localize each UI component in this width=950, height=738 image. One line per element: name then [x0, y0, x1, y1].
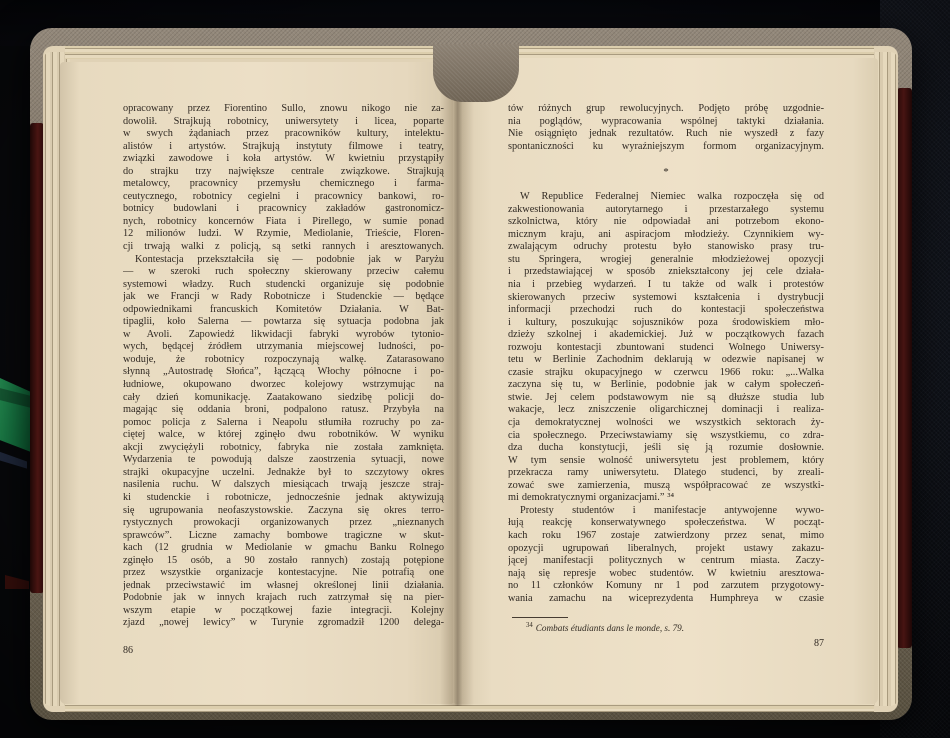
- text-line: botnicy budowlani i pracownicy zakładów …: [123, 203, 444, 216]
- text-line: cia społecznego. Przeciwstawiamy się wsz…: [508, 430, 824, 443]
- text-line: wszym etapie w początkowej fazie integra…: [123, 605, 444, 618]
- text-line: zginęło 15 osób, a 90 zostało rannych) z…: [123, 555, 444, 568]
- text-line: informacji przechodzi ruch do kontestacj…: [508, 304, 824, 317]
- text-line: do strajku trzy największe centrale zwią…: [123, 166, 444, 179]
- text-line: Kontestacja przekształciła się — podobni…: [123, 254, 444, 267]
- text-line: kach roku 1967 zostaje zatwierdzony prze…: [508, 530, 824, 543]
- text-line: dowolił. Strajkują robotnicy, uniwersyte…: [123, 116, 444, 129]
- text-line: micznym kraju, ani aspiracjom młodzieży.…: [508, 229, 824, 242]
- text-line: akcji zwyciężyli robotnicy, fabryka nie …: [123, 442, 444, 455]
- text-line: tów różnych grup rewolucyjnych. Podjęto …: [508, 103, 824, 116]
- text-line: łudniowe, okupowano dworzec kolejowy wst…: [123, 379, 444, 392]
- text-line: cji trwają walki z policją, są setki ran…: [123, 241, 444, 254]
- text-line: alistów i artystów. Strajkują instytuty …: [123, 141, 444, 154]
- text-line: ceutycznego, robotnicy cegielni i pracow…: [123, 191, 444, 204]
- text-line: się ugrupowania neofaszystowskie. Zaczyn…: [123, 505, 444, 518]
- text-line: słynną „Autostradę Słońca”, łączącą Włoc…: [123, 366, 444, 379]
- text-line: dza ducha konstytucji, jeśli się ją rozu…: [508, 442, 824, 455]
- text-line: związki zawodowe i koła artystów. W kwie…: [123, 153, 444, 166]
- text-line: dzieży szkolnej i akademickiej. Już w po…: [508, 329, 824, 342]
- text-line: Wydarzenia te powodują dalsze zaostrzeni…: [123, 454, 444, 467]
- text-line: cja demokratycznej wolności we wszystkic…: [508, 417, 824, 430]
- left-page-text: opracowany przez Fiorentino Sullo, znowu…: [123, 103, 444, 630]
- text-line: Nie osiągnięto jednak rezultatów. Ruch n…: [508, 128, 824, 141]
- cover-maroon-left-edge: [30, 123, 44, 593]
- text-line: sprawców”. Liczne zamachy bombowe tragic…: [123, 530, 444, 543]
- text-line: rystycznych prowokacji organizowanych pr…: [123, 517, 444, 530]
- text-line: zaczyna się tu, w Berlinie, podobnie jak…: [508, 379, 824, 392]
- text-line: przekracza ramy uniwersytetu. Dlatego st…: [508, 467, 824, 480]
- text-line: Protesty studentów i manifestacje antywo…: [508, 505, 824, 518]
- text-line: wakacje, lecz zniszczenie oligarchicznej…: [508, 404, 824, 417]
- text-line: no 11 członków Komuny nr 1 pod zarzutem …: [508, 580, 824, 593]
- text-line: jak we Francji w Rady Robotnicze i Stude…: [123, 291, 444, 304]
- text-line: ciętej walce, w której zginęło dwu robot…: [123, 429, 444, 442]
- text-line: przez wszystkie organizacje kontestacyjn…: [123, 567, 444, 580]
- text-line: magając się oddania broni, podpalono rat…: [123, 404, 444, 417]
- right-page-text: tów różnych grup rewolucyjnych. Podjęto …: [508, 103, 824, 605]
- text-line: ki studenckie i robotnicze, jednocześnie…: [123, 492, 444, 505]
- footnote: 34Combats étudiants dans le monde, s. 79…: [512, 622, 828, 633]
- page-number-left: 86: [123, 645, 133, 656]
- text-line: W tym sensie wolność uniwersytetu jest p…: [508, 455, 824, 468]
- text-line: stu Springera, wrogiej generalnie młodzi…: [508, 254, 824, 267]
- spine-cloth-notch: [433, 44, 519, 102]
- text-line: nych, robotnicy koncernów Fiata i Pirell…: [123, 216, 444, 229]
- text-line: wych, będącej źródłem utrzymania miejsco…: [123, 341, 444, 354]
- text-line: metalowcy, pracownicy przemysłu chemiczn…: [123, 178, 444, 191]
- text-line: zjazd „nowej lewicy” w Turynie zgromadzi…: [123, 617, 444, 630]
- text-line: spontaniczności ku wyraźniejszym formom …: [508, 141, 824, 154]
- text-line: — w szeroki ruch społeczny skierowany pr…: [123, 266, 444, 279]
- cover-corner-glimpse: [5, 575, 29, 589]
- text-line: łują reakcję konserwatywnego społeczeńst…: [508, 517, 824, 530]
- right-page: tów różnych grup rewolucyjnych. Podjęto …: [454, 58, 878, 704]
- text-line: kach (12 grudnia w Mediolanie w gmachu B…: [123, 542, 444, 555]
- text-line: jącej manifestacji politycznych w centru…: [508, 555, 824, 568]
- navy-background-object: [0, 449, 27, 473]
- text-line: 12 milionów ludzi. W Rzymie, Mediolanie,…: [123, 228, 444, 241]
- text-line: strajki okupacyjne uczelni. Jednakże był…: [123, 467, 444, 480]
- text-line: tetu w Berlinie Zachodnim deklarują w od…: [508, 354, 824, 367]
- book-photo-scene: opracowany przez Fiorentino Sullo, znowu…: [0, 0, 950, 738]
- text-line: mi demokratycznymi organizacjami.” ³⁴: [508, 492, 824, 505]
- text-line: szkolnictwa, który nie odpowiadał ani po…: [508, 216, 824, 229]
- footnote-rule: [512, 617, 568, 618]
- text-line: i przedstawiającej w sposób zniekształco…: [508, 266, 824, 279]
- cover-maroon-right-edge: [897, 88, 912, 648]
- text-line: W Republice Federalnej Niemiec walka roz…: [508, 191, 824, 204]
- open-book: opracowany przez Fiorentino Sullo, znowu…: [30, 28, 912, 720]
- text-line: nia i przebieg wydarzeń. I tu także od w…: [508, 279, 824, 292]
- text-line: w swych żądaniach przez pracowników kult…: [123, 128, 444, 141]
- text-line: zować swe zamierzenia, muszą współpracow…: [508, 480, 824, 493]
- footnote-page-ref: s. 79.: [664, 623, 684, 633]
- section-separator: *: [508, 153, 824, 191]
- text-line: nia poglądów, wypracowania wspólnej takt…: [508, 116, 824, 129]
- text-line: zwalającym odruchy protestu było stanowi…: [508, 241, 824, 254]
- text-line: odpowiednikami francuskich Komitetów Dzi…: [123, 304, 444, 317]
- text-line: w Avoli. Zapowiedź likwidacji fabryki wy…: [123, 329, 444, 342]
- text-line: nasilenia ruchu. W dalszych miesiącach t…: [123, 479, 444, 492]
- page-number-right: 87: [508, 638, 824, 649]
- text-line: cały dzień komunikację. Zaatakowano sied…: [123, 392, 444, 405]
- footnote-marker: 34: [526, 622, 533, 629]
- text-line: woduje, że robotnicy rozpoczynają walkę.…: [123, 354, 444, 367]
- footnote-title: Combats étudiants dans le monde,: [536, 623, 662, 633]
- text-line: nają się represje wobec studentów. W kwi…: [508, 568, 824, 581]
- page-edges-bottom: [65, 703, 874, 712]
- text-line: i kultury, poszukując sojuszników poza ś…: [508, 317, 824, 330]
- text-line: wania zamachu na wiceprezydenta Humphrey…: [508, 593, 824, 606]
- text-line: pomoc policja z Salerna i Neapolu stłumi…: [123, 417, 444, 430]
- text-line: stwie. Jej celem podstawowym nie są dłuż…: [508, 392, 824, 405]
- text-line: jednak przeciwstawić im własnej określon…: [123, 580, 444, 593]
- text-line: zakwestionowania autorytarnego i przesta…: [508, 204, 824, 217]
- text-line: opracowany przez Fiorentino Sullo, znowu…: [123, 103, 444, 116]
- text-line: systemowi władzy. Ruch studencki organiz…: [123, 279, 444, 292]
- text-line: Podobnie jak w innych krajach ruch zatrz…: [123, 592, 444, 605]
- text-line: tipaglii, koło Salerna — powtarza się sy…: [123, 316, 444, 329]
- left-page: opracowany przez Fiorentino Sullo, znowu…: [60, 62, 453, 704]
- text-line: czasie strajku okupacyjnego w czerwcu 19…: [508, 367, 824, 380]
- text-line: rozwoju kontestacji zbuntowani studenci …: [508, 342, 824, 355]
- text-line: opozycji ugrupowań liberalnych, projekt …: [508, 543, 824, 556]
- text-line: skierowanych przeciw systemowi kształcen…: [508, 292, 824, 305]
